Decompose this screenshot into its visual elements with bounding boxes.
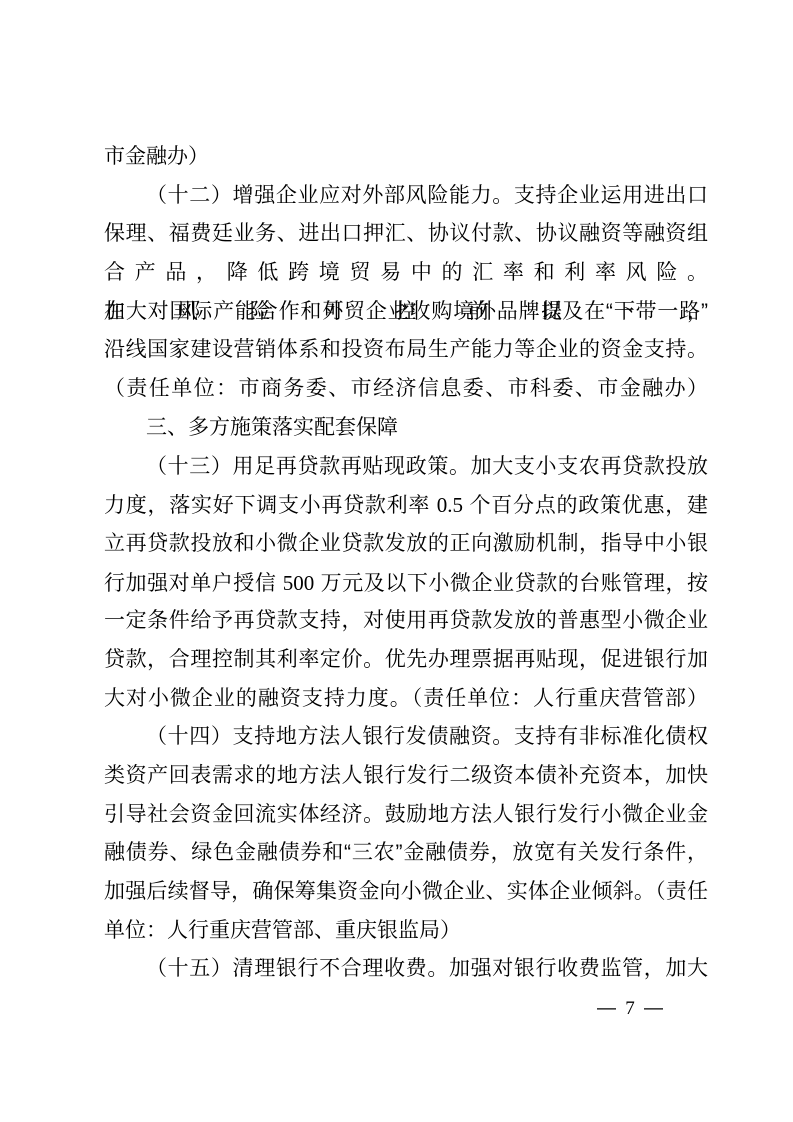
doc-line: 加大对国际产能合作和外贸企业收购境外品牌以及在“一带一路” <box>104 293 708 332</box>
doc-line: 行加强对单户授信 500 万元及以下小微企业贷款的台账管理，按 <box>104 564 708 603</box>
doc-line: 力度，落实好下调支小再贷款利率 0.5 个百分点的政策优惠，建 <box>104 486 708 525</box>
doc-line: 合产品，降低跨境贸易中的汇率和利率风险。在风险可控前提下， <box>104 254 708 293</box>
doc-line: 贷款，合理控制其利率定价。优先办理票据再贴现，促进银行加 <box>104 641 708 680</box>
doc-line: （责任单位：市商务委、市经济信息委、市科委、市金融办） <box>104 370 708 409</box>
doc-line: 大对小微企业的融资支持力度。（责任单位：人行重庆营管部） <box>104 680 708 719</box>
doc-line: 市金融办） <box>104 138 708 177</box>
doc-line: 融债券、绿色金融债券和“三农”金融债券，放宽有关发行条件， <box>104 834 708 873</box>
doc-line: 沿线国家建设营销体系和投资布局生产能力等企业的资金支持。 <box>104 331 708 370</box>
doc-line: （十四）支持地方法人银行发债融资。支持有非标准化债权 <box>104 718 708 757</box>
page-number: — 7 — <box>597 996 665 1022</box>
doc-line: 立再贷款投放和小微企业贷款发放的正向激励机制，指导中小银 <box>104 525 708 564</box>
doc-line: 加强后续督导，确保筹集资金向小微企业、实体企业倾斜。（责任 <box>104 873 708 912</box>
document-page: 市金融办） （十二）增强企业应对外部风险能力。支持企业运用进出口 保理、福费廷业… <box>0 0 793 1122</box>
doc-line: 引导社会资金回流实体经济。鼓励地方法人银行发行小微企业金 <box>104 796 708 835</box>
doc-line: （十二）增强企业应对外部风险能力。支持企业运用进出口 <box>104 177 708 216</box>
doc-line: （十三）用足再贷款再贴现政策。加大支小支农再贷款投放 <box>104 448 708 487</box>
doc-line: 保理、福费廷业务、进出口押汇、协议付款、协议融资等融资组 <box>104 215 708 254</box>
doc-line: （十五）清理银行不合理收费。加强对银行收费监管，加大 <box>104 950 708 989</box>
doc-line: 单位：人行重庆营管部、重庆银监局） <box>104 912 708 951</box>
section-heading: 三、多方施策落实配套保障 <box>104 409 708 448</box>
document-body: 市金融办） （十二）增强企业应对外部风险能力。支持企业运用进出口 保理、福费廷业… <box>104 138 708 989</box>
doc-line: 一定条件给予再贷款支持，对使用再贷款发放的普惠型小微企业 <box>104 602 708 641</box>
doc-line: 类资产回表需求的地方法人银行发行二级资本债补充资本，加快 <box>104 757 708 796</box>
